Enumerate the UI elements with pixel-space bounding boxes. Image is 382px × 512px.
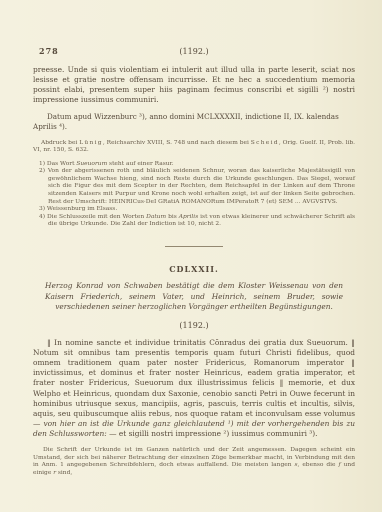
charter-471-body: preesse. Unde si quis violentiam ei intu… bbox=[33, 65, 355, 105]
footnote-3: 3) Weissenburg im Elsass. bbox=[39, 206, 355, 214]
page-header: 278 (1192.) bbox=[33, 46, 355, 57]
source-note: Abdruck bei Lünig, Reichsarchiv XVIII, S… bbox=[33, 140, 355, 155]
script-note: Die Schrift der Urkunde ist im Ganzen na… bbox=[33, 447, 355, 477]
section-divider bbox=[165, 246, 223, 247]
charter-471-datum-line: Datum apud Wizzenburc ³), anno domini MC… bbox=[33, 112, 355, 132]
footnote-2: 2) Von der abgerissenen roth und bläulic… bbox=[39, 168, 355, 206]
charter-472-year: (1192.) bbox=[33, 321, 355, 330]
section-number: CDLXXII. bbox=[33, 264, 355, 274]
book-page: 278 (1192.) preesse. Unde si quis violen… bbox=[0, 0, 382, 512]
page-number: 278 bbox=[39, 46, 59, 57]
header-year: (1192.) bbox=[179, 47, 208, 56]
charter-472-text: ‖ In nomine sancte et individue trinitat… bbox=[33, 338, 355, 440]
charter-472-regest: Herzog Konrad von Schwaben bestätigt die… bbox=[45, 281, 343, 313]
footnote-list: 1) Das Wort Sueuorum steht auf einer Ras… bbox=[33, 161, 355, 229]
footnote-4: 4) Die Schlusszeile mit den Worten Datum… bbox=[39, 214, 355, 229]
